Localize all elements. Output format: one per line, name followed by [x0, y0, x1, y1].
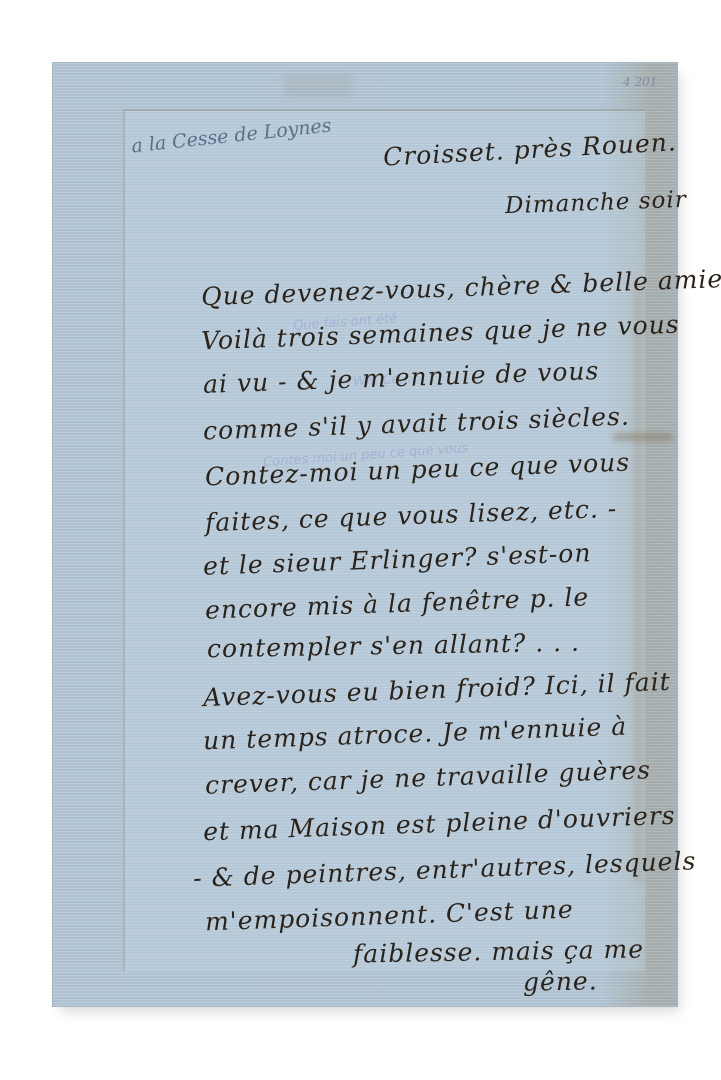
letter-date: Dimanche soir	[505, 187, 688, 219]
edge-stain	[633, 283, 643, 883]
ink-stain	[613, 433, 673, 441]
top-stain	[283, 73, 353, 98]
letter-line: faiblesse. mais ça me	[353, 934, 645, 968]
archive-number: 4 201	[623, 75, 657, 89]
letter-sheet: Que fais ont été Wh. Ce... Contes moi un…	[52, 62, 678, 1007]
letter-line: gêne.	[523, 966, 598, 996]
